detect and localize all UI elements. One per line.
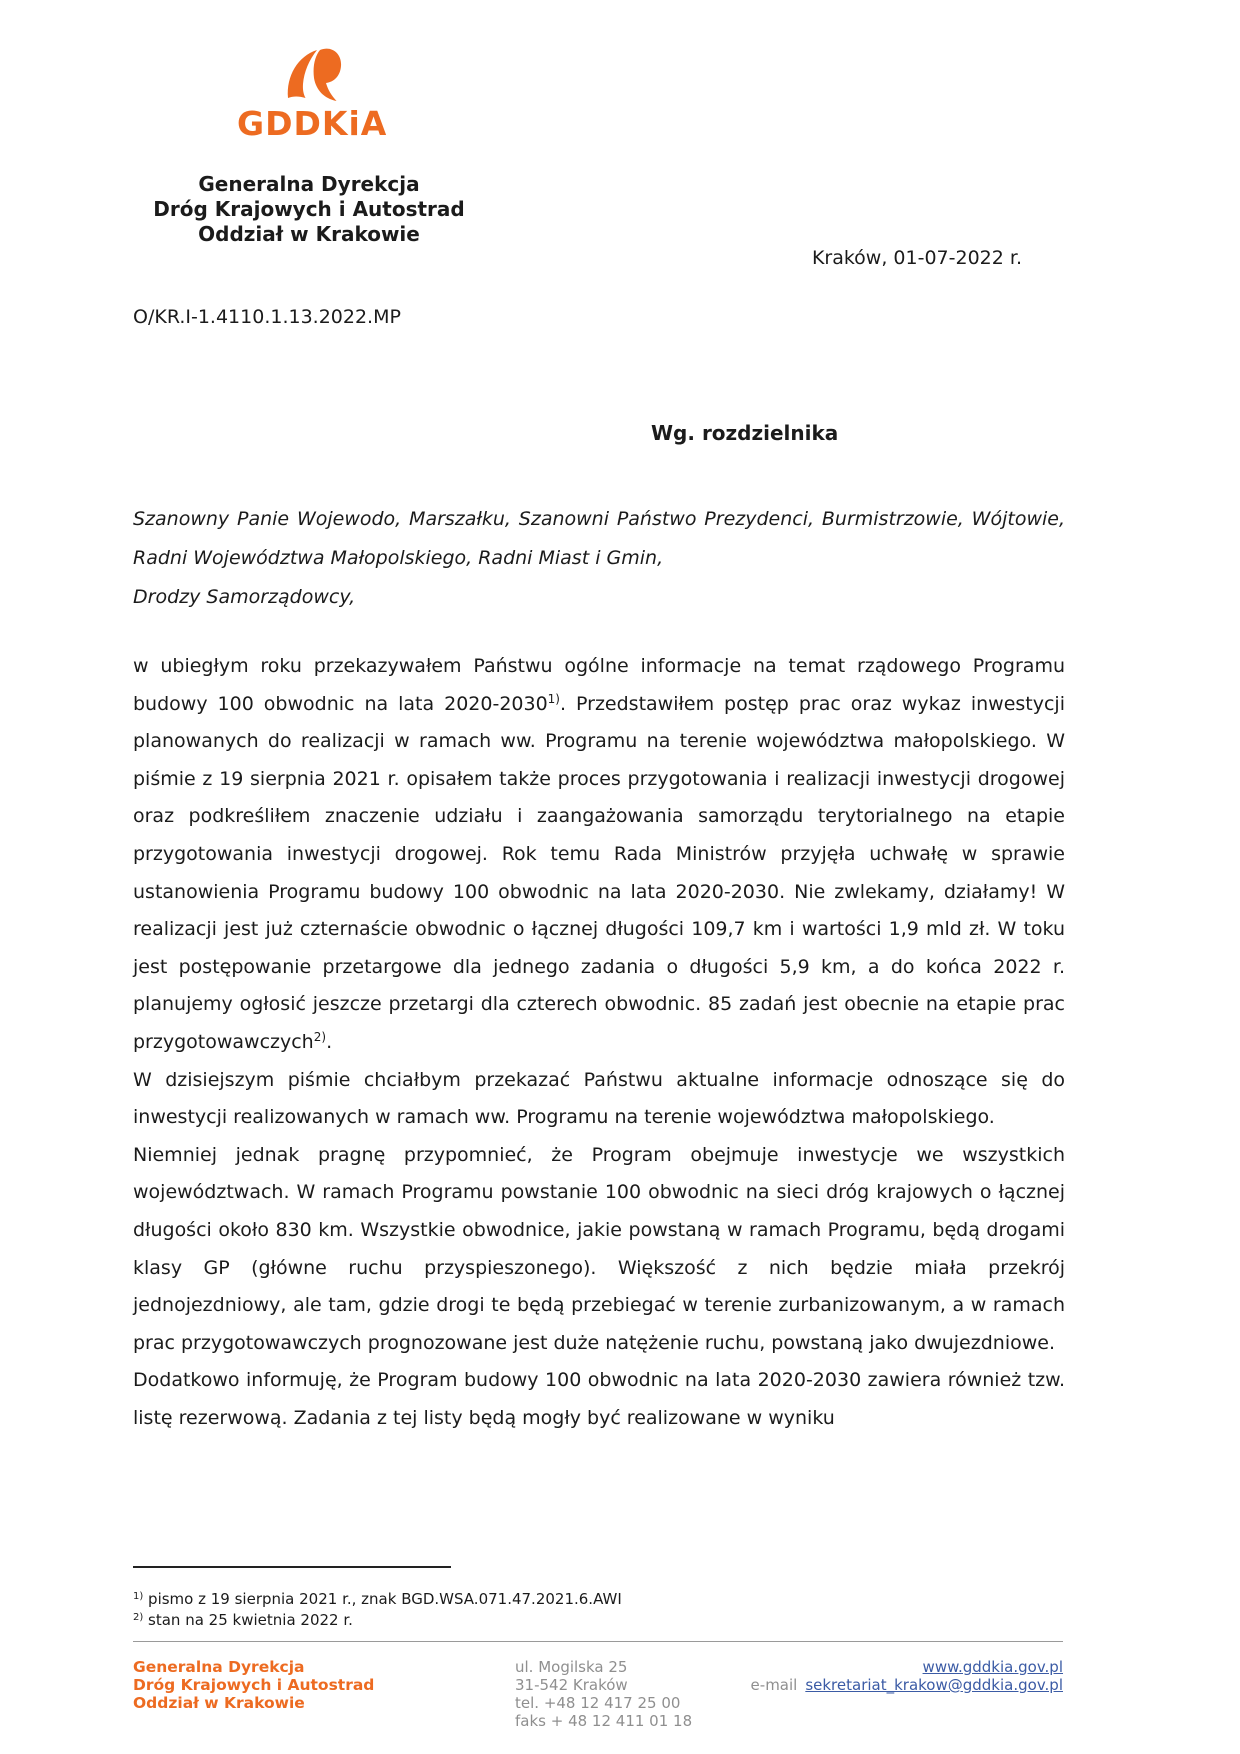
letter-body: w ubiegłym roku przekazywałem Państwu og… — [133, 648, 1065, 1437]
footnote-ref-1: 1) — [548, 692, 560, 706]
footnote-ref-2: 2) — [314, 1030, 326, 1044]
salutation-line: Szanowny Panie Wojewodo, Marszałku, Szan… — [133, 500, 1065, 578]
footnote-marker-1: 1) — [133, 1591, 143, 1602]
footnote-item: 1) pismo z 19 sierpnia 2021 r., znak BGD… — [133, 1589, 622, 1610]
footer-links: www.gddkia.gov.pl e-mailsekretariat_krak… — [751, 1658, 1063, 1694]
footer-org-line: Dróg Krajowych i Autostrad — [133, 1676, 374, 1694]
email-label: e-mail — [751, 1676, 798, 1694]
email-link[interactable]: sekretariat_krakow@gddkia.gov.pl — [805, 1676, 1063, 1694]
reference-number: O/KR.I-1.4110.1.13.2022.MP — [133, 306, 401, 328]
footnotes: 1) pismo z 19 sierpnia 2021 r., znak BGD… — [133, 1589, 622, 1631]
gddkia-logo: GDDKiA — [237, 46, 383, 140]
letterhead-org-name: Generalna Dyrekcja Dróg Krajowych i Auto… — [147, 172, 471, 247]
salutation: Szanowny Panie Wojewodo, Marszałku, Szan… — [133, 500, 1065, 617]
letter-date: Kraków, 01-07-2022 r. — [812, 247, 1022, 269]
footer-org-line: Generalna Dyrekcja — [133, 1658, 374, 1676]
footer-separator — [133, 1641, 1063, 1642]
footnote-text: stan na 25 kwietnia 2022 r. — [148, 1611, 353, 1629]
footer-org-name: Generalna Dyrekcja Dróg Krajowych i Auto… — [133, 1658, 374, 1712]
footnote-marker-2: 2) — [133, 1612, 143, 1623]
letterhead-org-line: Oddział w Krakowie — [147, 222, 471, 247]
footer-org-line: Oddział w Krakowie — [133, 1694, 374, 1712]
footnote-text: pismo z 19 sierpnia 2021 r., znak BGD.WS… — [148, 1590, 622, 1608]
footer-address-line: faks + 48 12 411 01 18 — [515, 1712, 692, 1730]
footer-email-row: e-mailsekretariat_krakow@gddkia.gov.pl — [751, 1676, 1063, 1694]
letter-page: GDDKiA Generalna Dyrekcja Dróg Krajowych… — [0, 0, 1240, 1754]
footer-address-line: tel. +48 12 417 25 00 — [515, 1694, 692, 1712]
letterhead-org-line: Generalna Dyrekcja — [147, 172, 471, 197]
body-text-segment: . Przedstawiłem postęp prac oraz wykaz i… — [133, 693, 1065, 1053]
footer-address-line: ul. Mogilska 25 — [515, 1658, 692, 1676]
body-paragraph-4: Dodatkowo informuję, że Program budowy 1… — [133, 1362, 1065, 1437]
footnote-item: 2) stan na 25 kwietnia 2022 r. — [133, 1610, 622, 1631]
footer-address-line: 31-542 Kraków — [515, 1676, 692, 1694]
body-paragraph-2: W dzisiejszym piśmie chciałbym przekazać… — [133, 1062, 1065, 1137]
salutation-line: Drodzy Samorządowcy, — [133, 578, 1065, 617]
footer-address: ul. Mogilska 25 31-542 Kraków tel. +48 1… — [515, 1658, 692, 1730]
letterhead-org-line: Dróg Krajowych i Autostrad — [147, 197, 471, 222]
footnote-separator — [133, 1566, 451, 1568]
footer-website-row: www.gddkia.gov.pl — [751, 1658, 1063, 1676]
website-link[interactable]: www.gddkia.gov.pl — [923, 1658, 1063, 1676]
body-paragraph-3: Niemniej jednak pragnę przypomnieć, że P… — [133, 1137, 1065, 1363]
eagle-icon — [278, 46, 342, 104]
body-text-segment: . — [326, 1031, 332, 1053]
addressee-line: Wg. rozdzielnika — [651, 421, 838, 445]
gddkia-wordmark: GDDKiA — [237, 107, 383, 140]
body-paragraph-1: w ubiegłym roku przekazywałem Państwu og… — [133, 648, 1065, 1062]
